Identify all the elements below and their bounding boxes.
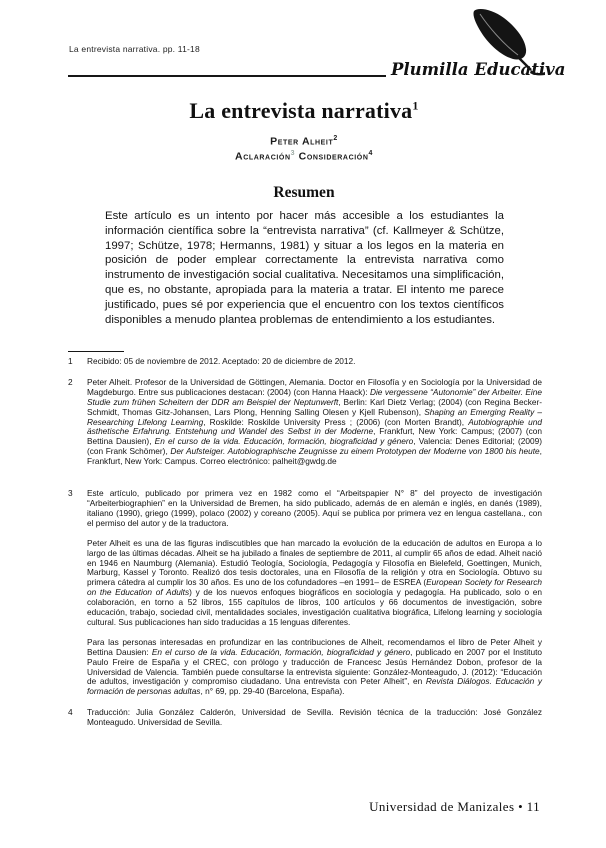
footnote-4: 4 Traducción: Julia González Calderón, U…: [68, 708, 542, 728]
quill-icon: [458, 6, 550, 87]
page-title-text: La entrevista narrativa: [189, 98, 412, 123]
header-rule: [68, 75, 386, 77]
footnote-body: Este artículo, publicado por primera vez…: [87, 489, 542, 697]
footnote-paragraph: Peter Alheit. Profesor de la Universidad…: [87, 378, 542, 467]
footnote-separator: [68, 351, 124, 352]
footnote-number: 4: [68, 708, 87, 728]
page-footer: Universidad de Manizales • 11: [369, 799, 540, 815]
footnote-body: Recibido: 05 de noviembre de 2012. Acept…: [87, 357, 542, 367]
footnote-3: 3 Este artículo, publicado por primera v…: [68, 489, 542, 697]
running-title: La entrevista narrativa. pp. 11-18: [69, 44, 200, 54]
footnote-ref-3: 3: [291, 150, 296, 157]
abstract-text: Este artículo es un intento por hacer má…: [105, 209, 504, 327]
title-block: La entrevista narrativa1 Peter Alheit2 A…: [68, 98, 540, 162]
abstract-heading: Resumen: [68, 184, 540, 202]
page-title: La entrevista narrativa1: [68, 98, 540, 124]
footnote-number: 1: [68, 357, 87, 367]
author-name-text: Peter Alheit: [270, 136, 333, 148]
footnote-body: Peter Alheit. Profesor de la Universidad…: [87, 378, 542, 467]
footnote-ref-1: 1: [412, 99, 418, 113]
footnote-number: 3: [68, 489, 87, 697]
footnote-paragraph: Recibido: 05 de noviembre de 2012. Acept…: [87, 357, 542, 367]
clarification-line: Aclaración3 Consideración4: [68, 150, 540, 163]
footnote-1: 1 Recibido: 05 de noviembre de 2012. Ace…: [68, 357, 542, 367]
clarification-word: Aclaración: [235, 150, 291, 162]
footnote-paragraph: Este artículo, publicado por primera vez…: [87, 489, 542, 529]
footnote-paragraph: Para las personas interesadas en profund…: [87, 638, 542, 697]
document-page: La entrevista narrativa. pp. 11-18 Plumi…: [0, 0, 606, 848]
footnote-2: 2 Peter Alheit. Profesor de la Universid…: [68, 378, 542, 467]
footnote-paragraph: Traducción: Julia González Calderón, Uni…: [87, 708, 542, 728]
footnotes-section: 1 Recibido: 05 de noviembre de 2012. Ace…: [68, 357, 542, 739]
footnote-body: Traducción: Julia González Calderón, Uni…: [87, 708, 542, 728]
footnote-paragraph: Peter Alheit es una de las figuras indis…: [87, 539, 542, 628]
consideration-word: Consideración: [299, 150, 369, 162]
author-name: Peter Alheit2: [68, 135, 540, 148]
footnote-number: 2: [68, 378, 87, 467]
footnote-ref-4: 4: [368, 150, 373, 157]
footnote-ref-2: 2: [333, 135, 338, 142]
